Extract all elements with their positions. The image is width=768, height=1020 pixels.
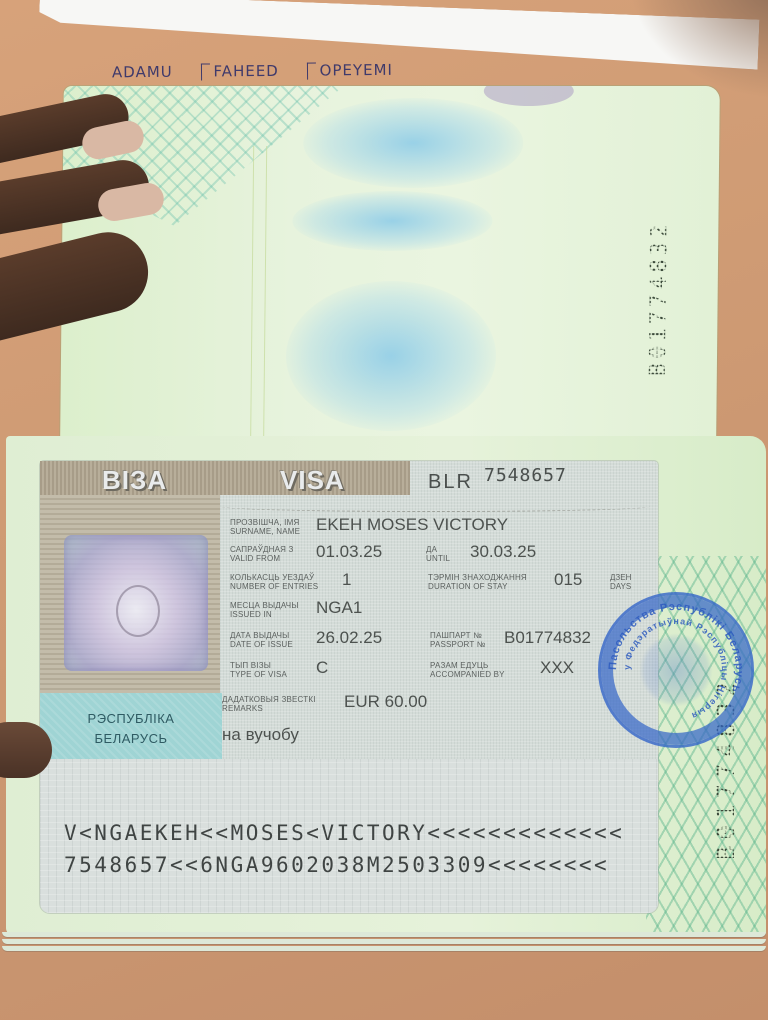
watermark-figure — [303, 98, 524, 188]
field-date-of-issue: ДАТА ВЫДАЧЫ DATE OF ISSUE 26.02.25 — [230, 631, 293, 649]
guilloche-wave — [220, 501, 650, 512]
handwritten-name-3: OPEYEMI — [320, 61, 393, 80]
field-issued-in: МЕСЦА ВЫДАЧЫ ISSUED IN NGA1 — [230, 601, 299, 619]
remarks-value: EUR 60.00 — [344, 692, 427, 712]
mrz-line-1: V<NGAEKEH<<MOSES<VICTORY<<<<<<<<<<<<< — [64, 817, 624, 849]
hand — [0, 88, 170, 388]
field-surname-name: ПРОЗВІШЧА, ІМЯ SURNAME, NAME EKEH MOSES … — [230, 518, 300, 536]
duration-value: 015 — [554, 570, 582, 590]
faded-stamp — [484, 86, 574, 106]
valid-from-value: 01.03.25 — [316, 542, 382, 562]
embassy-stamp: Пасольства Рэспублікі Беларусь у Федэрат… — [598, 592, 754, 748]
until-value: 30.03.25 — [470, 542, 536, 562]
machine-readable-zone: V<NGAEKEH<<MOSES<VICTORY<<<<<<<<<<<<< 75… — [64, 817, 624, 881]
visa-number: 7548657 — [484, 465, 567, 486]
surname-name-value: EKEH MOSES VICTORY — [316, 515, 508, 535]
country-name-line-1: РЭСПУБЛІКА — [40, 711, 222, 726]
field-remarks: ДАДАТКОВЫЯ ЗВЕСТКІ REMARKS EUR 60.00 — [222, 695, 316, 713]
envelope-shadow — [628, 0, 768, 100]
date-of-issue-value: 26.02.25 — [316, 628, 382, 648]
visa-header-band — [40, 461, 410, 495]
field-until: ДА UNTIL 30.03.25 — [426, 545, 450, 563]
mrz-line-2: 7548657<<6NGA9602038M2503309<<<<<<<< — [64, 849, 624, 881]
country-name-box: РЭСПУБЛІКА БЕЛАРУСЬ — [40, 693, 222, 759]
watermark-figure — [292, 191, 493, 251]
field-number-of-entries: КОЛЬКАСЦЬ УЕЗДАЎ NUMBER OF ENTRIES 1 — [230, 573, 318, 591]
perforated-passport-number: B01774832 — [646, 126, 679, 376]
field-duration-of-stay: ТЭРМІН ЗНАХОДЖАННЯ DURATION OF STAY 015 — [428, 573, 527, 591]
svg-text:у Федэратыўнай Рэспубліцы Ніге: у Федэратыўнай Рэспубліцы Нігерыя — [622, 616, 730, 721]
visa-title-belarusian: ВІЗА — [102, 465, 167, 496]
envelope-handwriting: ADAMU FAHEED OPEYEMI — [112, 61, 415, 82]
handwritten-name-1: ADAMU — [112, 63, 173, 82]
country-code: BLR — [428, 471, 473, 494]
field-accompanied-by: РАЗАМ ЕДУЦЬ ACCOMPANIED BY XXX — [430, 661, 505, 679]
visa-title-english: VISA — [280, 465, 345, 496]
field-valid-from: САПРАЎДНАЯ З VALID FROM 01.03.25 — [230, 545, 294, 563]
type-of-visa-value: C — [316, 658, 328, 678]
country-name-line-2: БЕЛАРУСЬ — [40, 731, 222, 746]
remarks-note: на вучобу — [222, 725, 299, 745]
issued-in-value: NGA1 — [316, 598, 362, 618]
days-unit-label: ДЗЕН DAYS — [610, 573, 631, 591]
entries-value: 1 — [342, 570, 351, 590]
field-type-of-visa: ТЫП ВІЗЫ TYPE OF VISA C — [230, 661, 287, 679]
field-passport-number: ПАШПАРТ № PASSPORT № B01774832 — [430, 631, 486, 649]
watermark-figure — [285, 281, 497, 431]
visa-sticker: ВІЗА VISA BLR 7548657 РЭСПУБЛІКА БЕЛАРУС… — [40, 461, 658, 913]
page-edges — [2, 932, 766, 956]
handwritten-name-2: FAHEED — [213, 62, 278, 81]
coat-of-arms-icon — [116, 585, 160, 637]
accompanied-by-value: XXX — [540, 658, 574, 678]
finger — [0, 224, 157, 352]
hologram — [64, 535, 208, 671]
stamp-ring-text: Пасольства Рэспублікі Беларусь у Федэрат… — [601, 595, 751, 745]
guilloche-lines — [250, 146, 267, 436]
passport-number-value: B01774832 — [504, 628, 591, 648]
